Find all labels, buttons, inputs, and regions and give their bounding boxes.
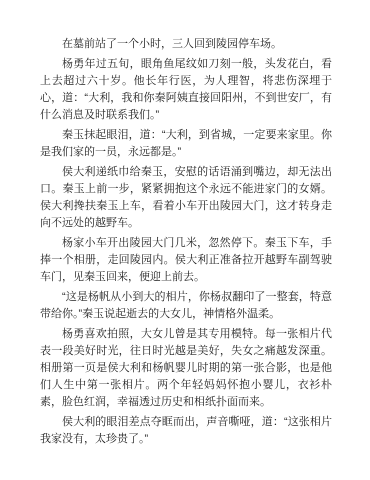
paragraph: 杨家小车开出陵园大门几米，忽然停下。秦玉下车，手捧一个相册，走回陵园内。侯大利正…	[40, 235, 332, 286]
paragraph: 杨勇年过五旬，眼角鱼尾纹如刀刻一般，头发花白，看上去超过六十岁。他长年行医，为人…	[40, 56, 332, 124]
reader-page: 在墓前站了一个小时，三人回到陵园停车场。 杨勇年过五旬，眼角鱼尾纹如刀刻一般，头…	[0, 0, 370, 480]
paragraph: 侯大利的眼泪差点夺眶而出，声音嘶哑，道：“这张相片我家没有，太珍贵了。”	[40, 414, 332, 448]
novel-text-body: 在墓前站了一个小时，三人回到陵园停车场。 杨勇年过五旬，眼角鱼尾纹如刀刻一般，头…	[40, 36, 332, 451]
paragraph: 秦玉抹起眼泪，道：“大利，到省城，一定要来家里。你是我们家的一员，永远都是。”	[40, 127, 332, 161]
paragraph: 杨勇喜欢拍照，大女儿曾是其专用模特。每一张相片代表一段美好时光，往日时光越是美好…	[40, 326, 332, 411]
paragraph: 侯大利递纸巾给秦玉，安慰的话语涌到嘴边，却无法出口。秦玉上前一步，紧紧拥抱这个永…	[40, 164, 332, 232]
paragraph: 在墓前站了一个小时，三人回到陵园停车场。	[40, 36, 332, 53]
paragraph: “这是杨帆从小到大的相片，你杨叔翻印了一整套，特意带给你。”秦玉说起逝去的大女儿…	[40, 289, 332, 323]
